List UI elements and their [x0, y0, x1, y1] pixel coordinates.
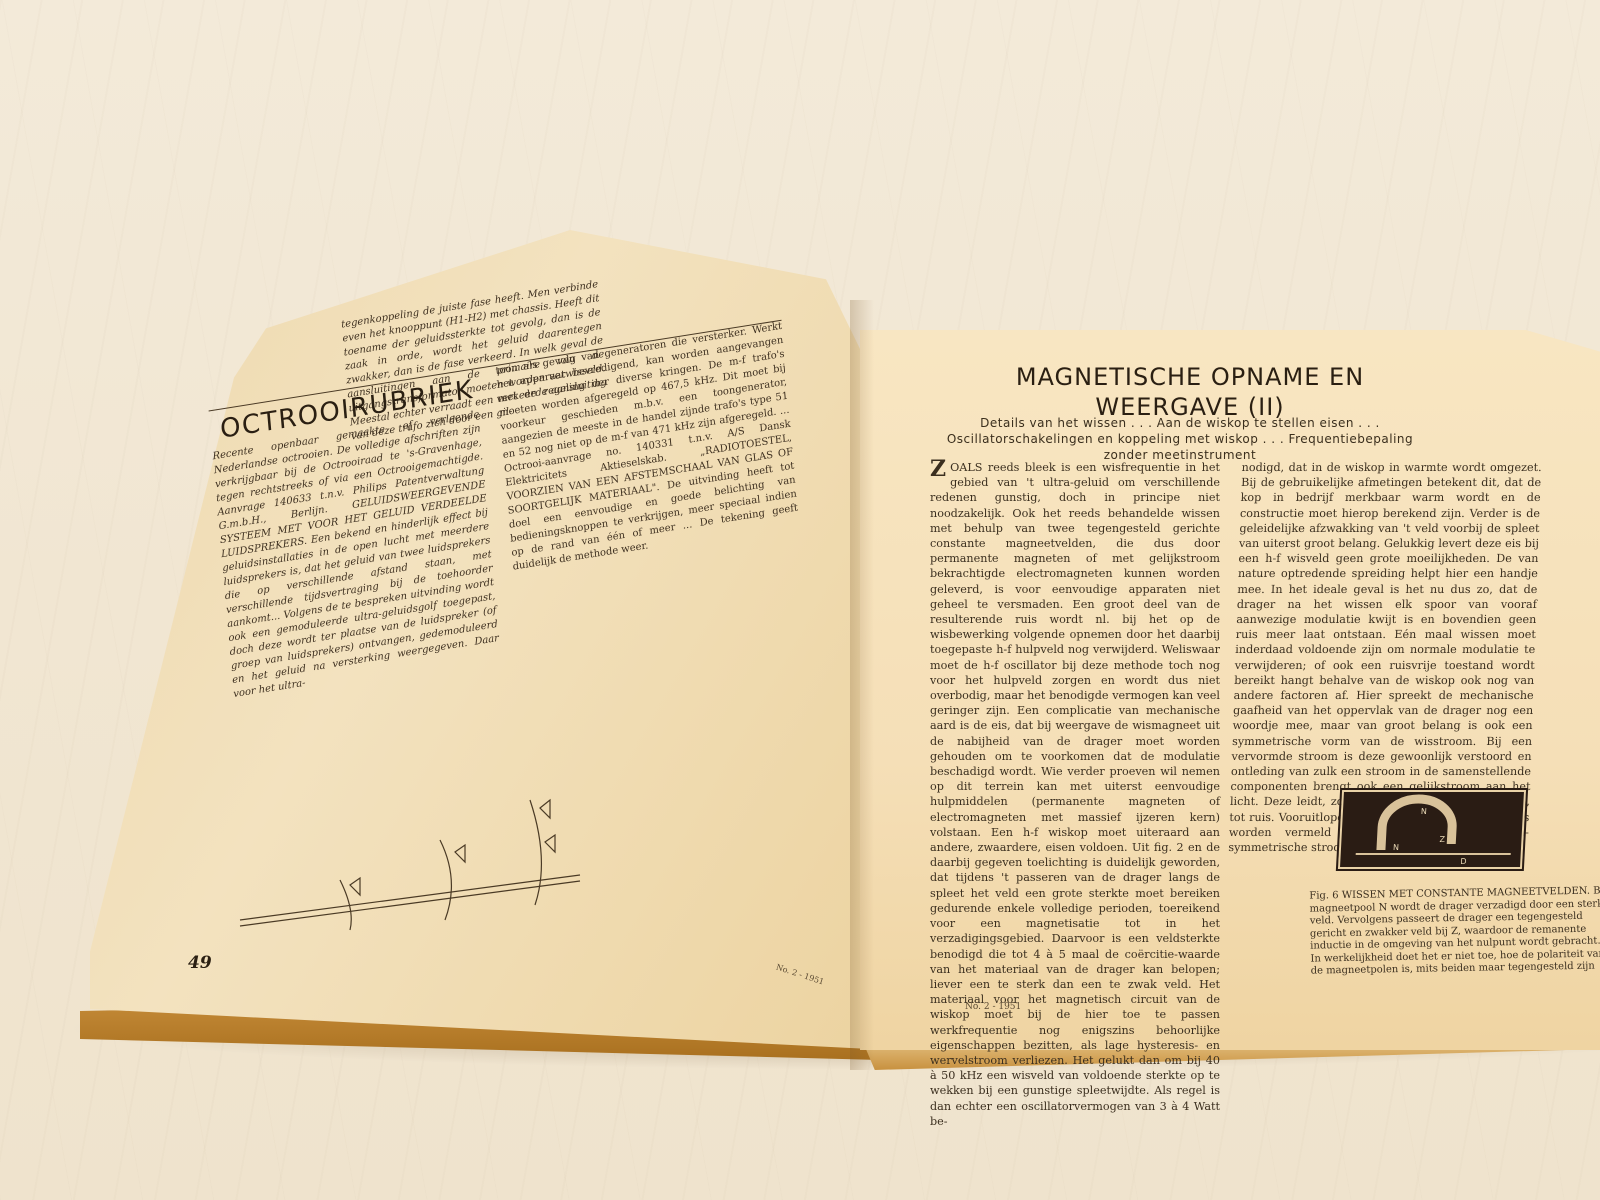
svg-text:N: N: [1393, 843, 1399, 852]
figure-caption: Fig. 6 WISSEN MET CONSTANTE MAGNEETVELDE…: [1309, 885, 1600, 978]
article-column-1: Z OALS reeds bleek is een wisfrequentie …: [930, 460, 1220, 1129]
left-column-a: Recente openbaar gemaakte of verleende N…: [212, 408, 501, 702]
article-column-1-text: OALS reeds bleek is een wisfrequentie in…: [930, 461, 1220, 1128]
svg-text:N: N: [1421, 807, 1427, 816]
svg-text:Z: Z: [1439, 835, 1445, 844]
magnet-figure: N N Z D: [1338, 790, 1526, 869]
svg-text:D: D: [1460, 857, 1467, 866]
article-subtitle: Details van het wissen . . . Aan de wisk…: [930, 415, 1430, 463]
drop-cap: Z: [930, 460, 946, 478]
right-page-footer: No. 2 - 1951: [965, 1002, 1021, 1012]
left-column-b: toon als gevolg van generatoren die vers…: [495, 320, 800, 575]
loudspeaker-diagram: [210, 780, 590, 940]
page-number-left: 49: [188, 953, 212, 973]
horseshoe-magnet-icon: N N Z D: [1340, 792, 1524, 867]
article-title: MAGNETISCHE OPNAME EN WEERGAVE (II): [970, 362, 1410, 422]
